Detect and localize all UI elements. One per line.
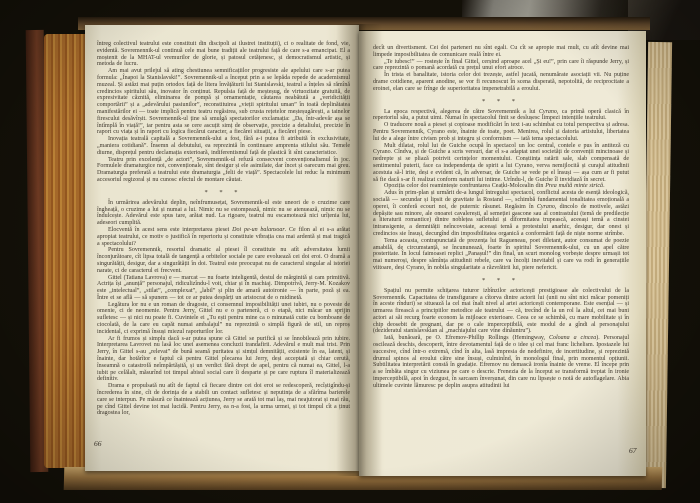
section-separator: * * *: [97, 189, 350, 196]
page-number-left: 66: [94, 439, 102, 448]
paragraph: În trista ei banalitate, istoria celor d…: [373, 72, 629, 92]
paragraph: „Te iubesc!” — rostește în final Gittel,…: [373, 59, 629, 73]
paragraph: În urmărirea adevărului deplin, neînfrum…: [97, 200, 350, 227]
right-page-stack-edge: [642, 42, 672, 488]
paragraph: Am mai avut prilejul să ating chestiunea…: [97, 68, 350, 136]
right-page-text: decît un divertisment. Cei doi parteneri…: [373, 45, 629, 390]
left-page-stack-edge: [44, 34, 88, 468]
left-page-text: întreg colectivul teatrului este constit…: [97, 41, 350, 417]
paragraph: Teatru prin excelență „de actori”, Sovre…: [97, 157, 350, 184]
paragraph: Mult dilatat, rolul lui de Guiche ocupă …: [373, 143, 629, 184]
paragraph: La epoca respectivă, alegerea de către S…: [373, 109, 629, 123]
page-number-right: 67: [629, 446, 637, 455]
paragraph: Spațiul nu permite schițarea tuturor izb…: [373, 288, 629, 336]
paragraph: Ar fi frumos și simplu dacă s-ar putea s…: [97, 336, 350, 384]
paragraph: Adus în prim-plan și urmărit de-a lungul…: [373, 190, 629, 238]
paragraph: Gittel (Tatiana Lavrova) e — marcat — nu…: [97, 275, 350, 302]
paragraph: Iată, bunăoară, pe O. Efremov-Phillip Ro…: [373, 335, 629, 389]
paragraph: Tema aceasta, contrapunctată de prezența…: [373, 238, 629, 272]
paragraph: întreg colectivul teatrului este constit…: [97, 41, 350, 68]
section-separator: * * *: [373, 98, 629, 105]
section-separator: * * *: [373, 277, 629, 284]
paragraph: O traducere nouă a piesei și copioase mo…: [373, 122, 629, 142]
paragraph: Legătura lor nu e un roman de dragoste, …: [97, 302, 350, 336]
paragraph: Inovația teatrală capitală a Sovremennik…: [97, 136, 350, 156]
book-photo: întreg colectivul teatrului este constit…: [0, 0, 700, 503]
paragraph: Elocventă în acest sens este interpretar…: [97, 227, 350, 247]
paragraph: Drama e propulsată nu atît de faptul că …: [97, 383, 350, 417]
paragraph: Pentru Sovremennik, resortul dramatic al…: [97, 247, 350, 274]
paragraph: decît un divertisment. Cei doi parteneri…: [373, 45, 629, 59]
